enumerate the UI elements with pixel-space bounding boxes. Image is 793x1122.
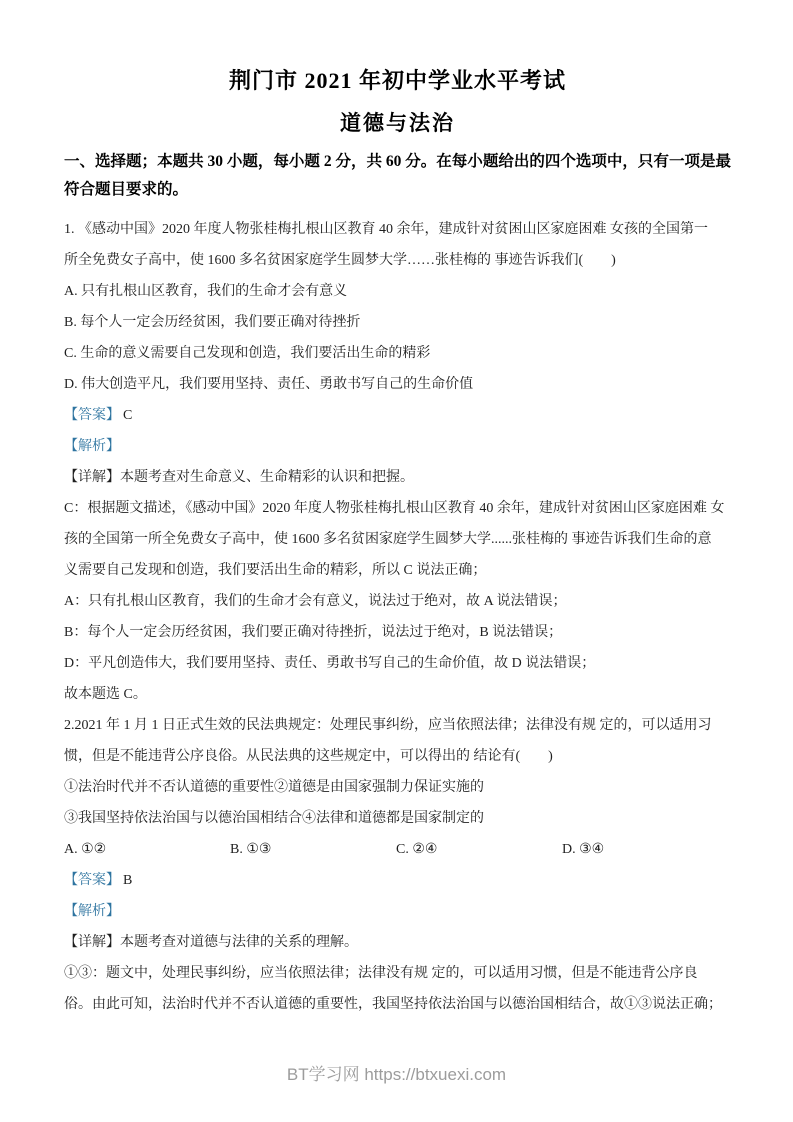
exam-document-page: 荆门市 2021 年初中学业水平考试 道德与法治 一、选择题；本题共 30 小题…: [0, 0, 793, 1122]
page-title: 荆门市 2021 年初中学业水平考试: [64, 66, 731, 96]
question-2-stem-line: 惯，但是不能违背公序良俗。从民法典的这些规定中，可以得出的 结论有( ): [64, 741, 731, 772]
question-1-option-b: B. 每个人一定会历经贫困，我们要正确对待挫折: [64, 307, 731, 338]
question-2-options-row: A. ①② B. ①③ C. ②④ D. ③④: [64, 834, 731, 865]
question-2-detail-line: 俗。由此可知，法治时代并不否认道德的重要性，我国坚持依法治国与以德治国相结合，故…: [64, 989, 731, 1020]
question-1: 1. 《感动中国》2020 年度人物张桂梅扎根山区教育 40 余年，建成针对贫困…: [64, 214, 731, 710]
answer-value: B: [123, 873, 132, 888]
question-2-stem-line: ③我国坚持依法治国与以德治国相结合④法律和道德都是国家制定的: [64, 803, 731, 834]
question-1-answer-row: 【答案】C: [64, 400, 731, 431]
page-subtitle: 道德与法治: [64, 108, 731, 138]
question-1-detail-line: 义需要自己发现和创造，我们要活出生命的精彩，所以 C 说法正确；: [64, 555, 731, 586]
section-instructions: 一、选择题；本题共 30 小题，每小题 2 分，共 60 分。在每小题给出的四个…: [64, 148, 731, 204]
question-2-detail-line: ①③：题文中，处理民事纠纷，应当依照法律；法律没有规 定的，可以适用习惯，但是不…: [64, 958, 731, 989]
footer-link[interactable]: BT学习网 https://btxuexi.com: [287, 1065, 506, 1084]
question-1-option-d: D. 伟大创造平凡，我们要用坚持、责任、勇敢书写自己的生命价值: [64, 369, 731, 400]
question-1-detail-line: 故本题选 C。: [64, 679, 731, 710]
question-2-stem-line: 2.2021 年 1 月 1 日正式生效的民法典规定：处理民事纠纷，应当依照法律…: [64, 710, 731, 741]
question-1-stem-line: 1. 《感动中国》2020 年度人物张桂梅扎根山区教育 40 余年，建成针对贫困…: [64, 214, 731, 245]
question-2-analysis-row: 【解析】: [64, 896, 731, 927]
question-1-detail-line: C：根据题文描述，《感动中国》2020 年度人物张桂梅扎根山区教育 40 余年，…: [64, 493, 731, 524]
question-2-answer-row: 【答案】B: [64, 865, 731, 896]
answer-label: 【答案】: [64, 408, 120, 423]
question-1-detail-line: B：每个人一定会历经贫困，我们要正确对待挫折，说法过于绝对，B 说法错误；: [64, 617, 731, 648]
question-2: 2.2021 年 1 月 1 日正式生效的民法典规定：处理民事纠纷，应当依照法律…: [64, 710, 731, 1020]
question-2-option-d: D. ③④: [562, 834, 604, 865]
question-1-analysis-row: 【解析】: [64, 431, 731, 462]
analysis-label: 【解析】: [64, 439, 120, 454]
question-1-detail-line: 孩的全国第一所全免费女子高中，使 1600 多名贫困家庭学生圆梦大学......…: [64, 524, 731, 555]
question-2-detail-line: 【详解】本题考查对道德与法律的关系的理解。: [64, 927, 731, 958]
question-1-detail-line: A：只有扎根山区教育，我们的生命才会有意义，说法过于绝对，故 A 说法错误；: [64, 586, 731, 617]
question-2-option-a: A. ①②: [64, 834, 230, 865]
question-2-option-c: C. ②④: [396, 834, 562, 865]
answer-value: C: [123, 408, 132, 423]
question-2-stem-line: ①法治时代并不否认道德的重要性②道德是由国家强制力保证实施的: [64, 772, 731, 803]
answer-label: 【答案】: [64, 873, 120, 888]
analysis-label: 【解析】: [64, 904, 120, 919]
question-1-detail-line: 【详解】本题考查对生命意义、生命精彩的认识和把握。: [64, 462, 731, 493]
question-1-detail-line: D：平凡创造伟大，我们要用坚持、责任、勇敢书写自己的生命价值，故 D 说法错误；: [64, 648, 731, 679]
footer-watermark: BT学习网 https://btxuexi.com: [0, 1060, 793, 1085]
document-content: 荆门市 2021 年初中学业水平考试 道德与法治 一、选择题；本题共 30 小题…: [0, 0, 793, 1020]
question-2-option-b: B. ①③: [230, 834, 396, 865]
question-1-option-a: A. 只有扎根山区教育，我们的生命才会有意义: [64, 276, 731, 307]
question-1-option-c: C. 生命的意义需要自己发现和创造，我们要活出生命的精彩: [64, 338, 731, 369]
question-1-stem-line: 所全免费女子高中，使 1600 多名贫困家庭学生圆梦大学……张桂梅的 事迹告诉我…: [64, 245, 731, 276]
